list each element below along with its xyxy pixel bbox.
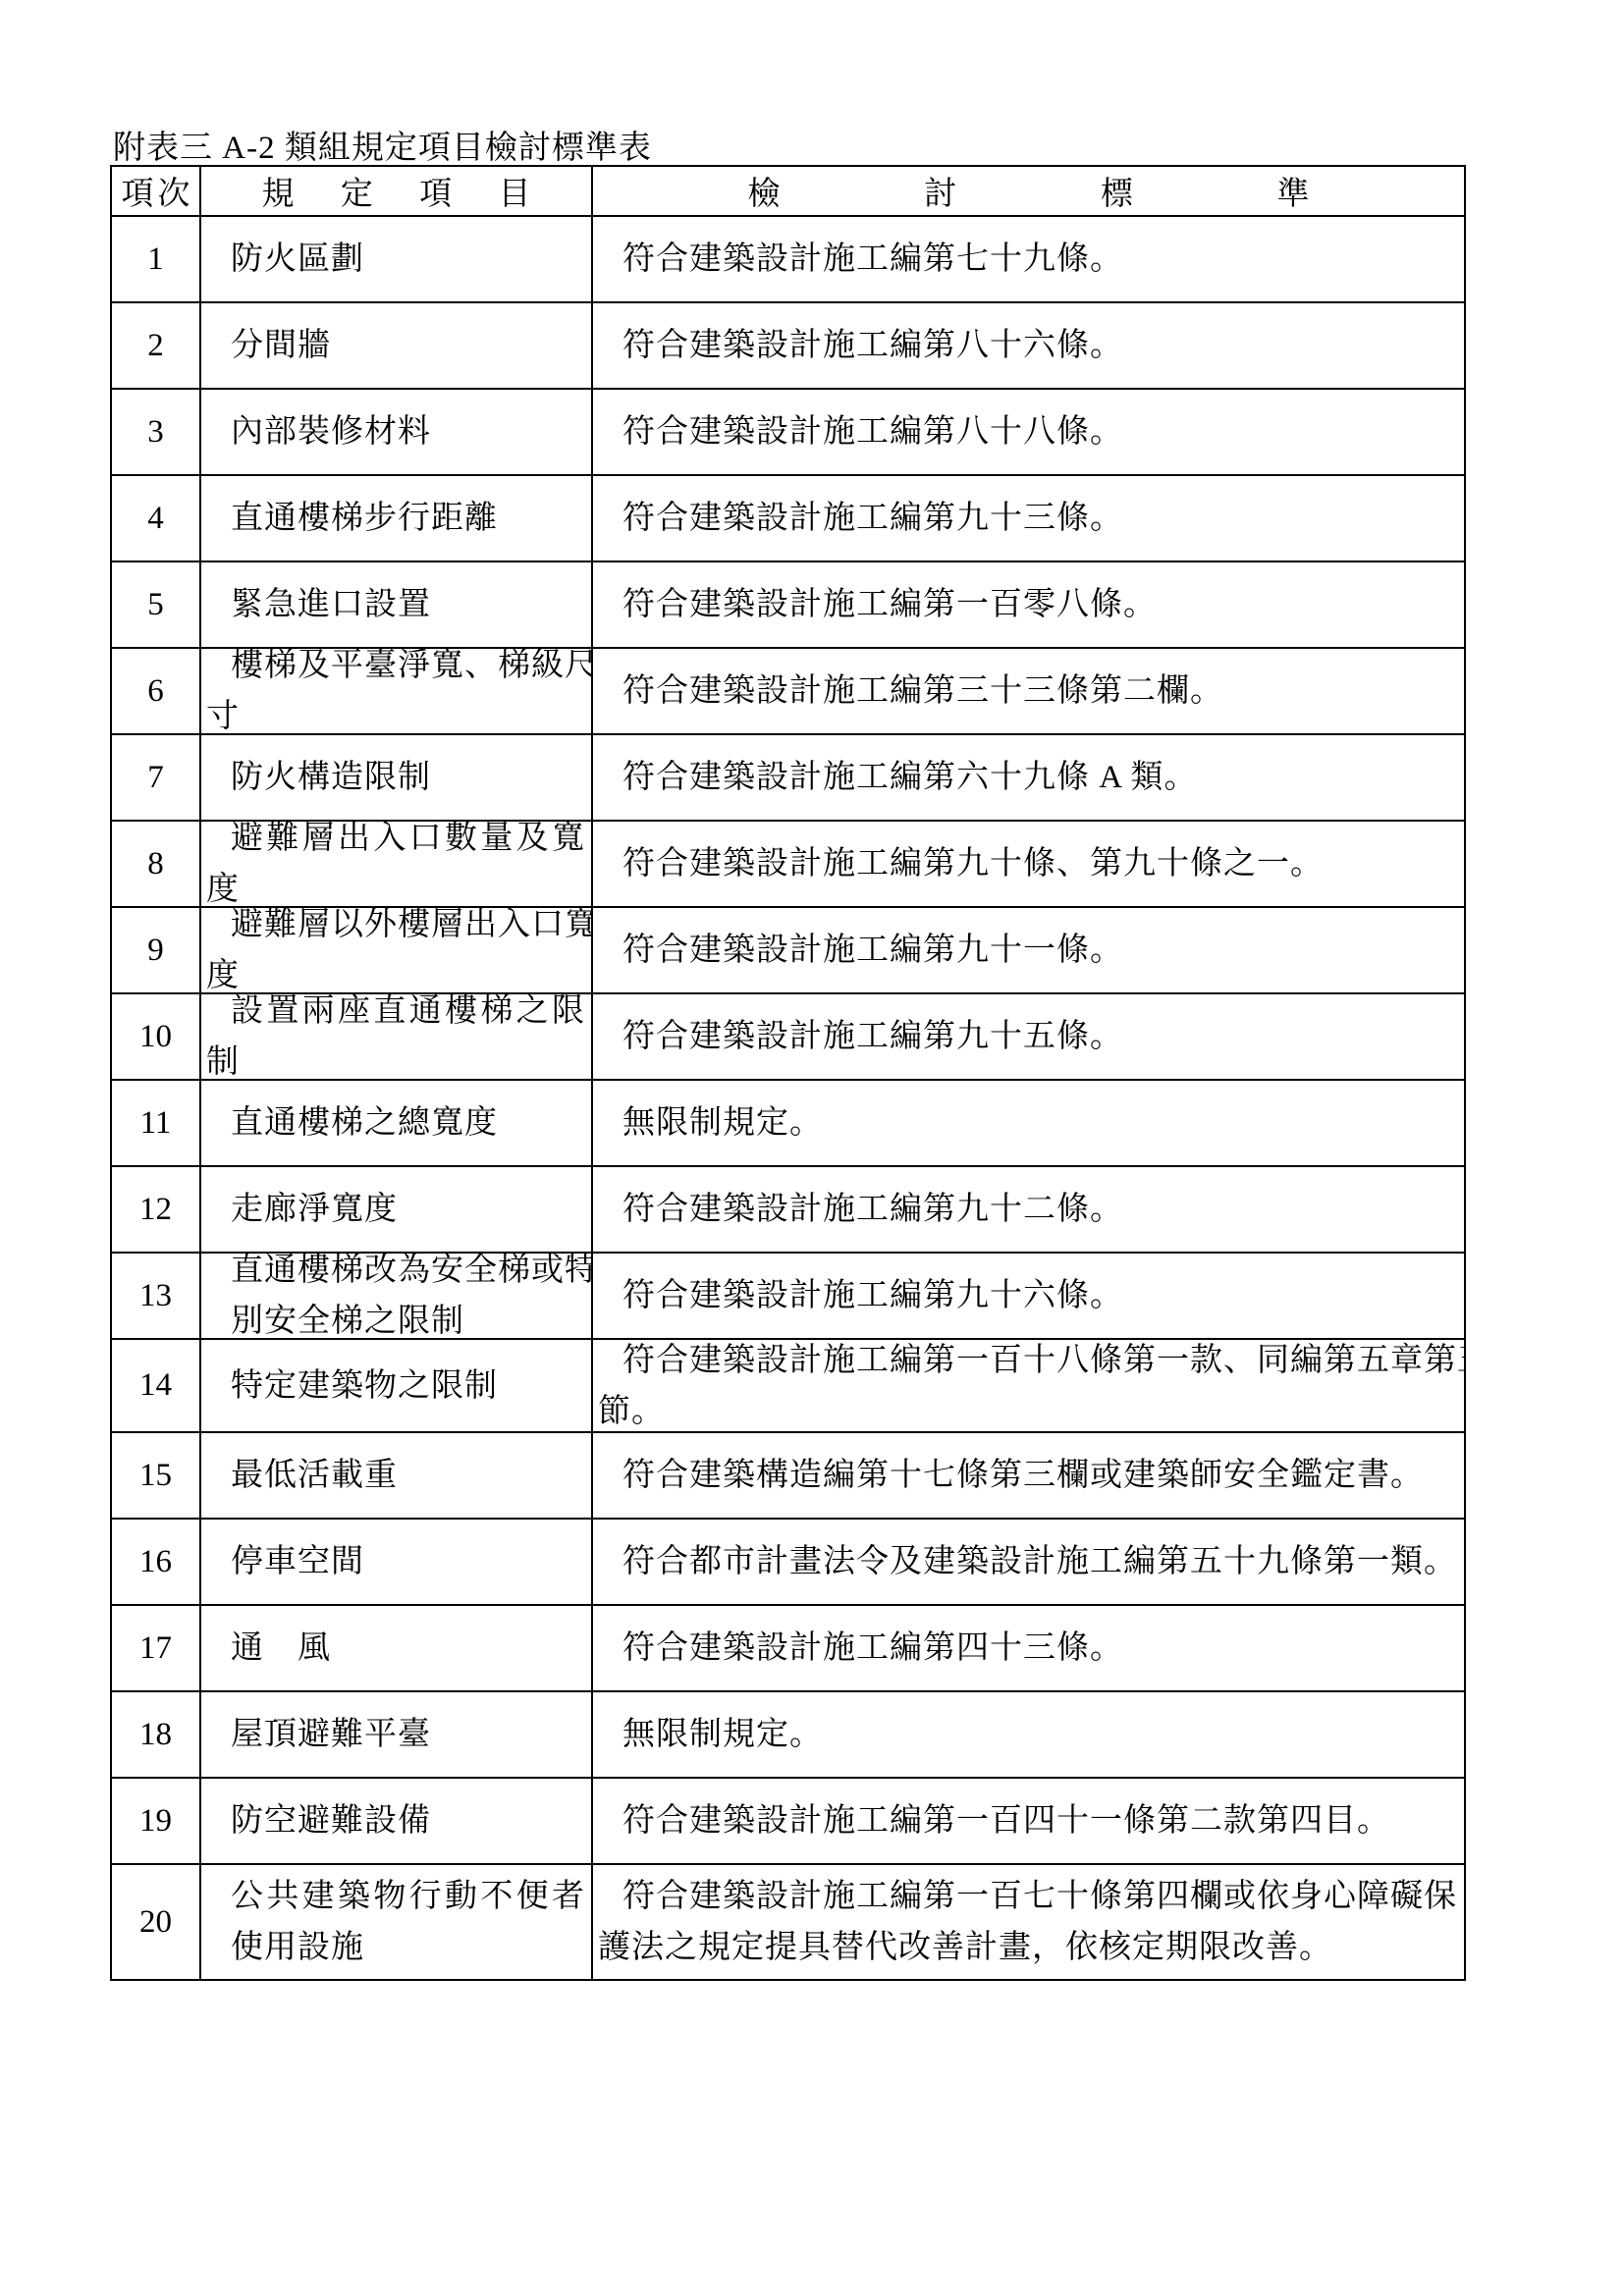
- header-char: 準: [1276, 168, 1309, 214]
- header-cell-no: 項次: [112, 167, 199, 215]
- row-number-cell: 18: [112, 1692, 199, 1777]
- text-line: 特定建築物之限制: [201, 1361, 591, 1412]
- table-row: 13直通樓梯改為安全梯或特別安全梯之限制符合建築設計施工編第九十六條。: [112, 1252, 1464, 1338]
- header-cell-item: 規定項目: [199, 167, 591, 215]
- standard-cell: 符合建築設計施工編第九十二條。: [591, 1167, 1464, 1252]
- row-number-cell: 8: [112, 822, 199, 906]
- text-line: 避難層以外樓層出入口寬: [201, 908, 591, 950]
- table-header-row: 項次 規定項目 檢討標準: [112, 167, 1464, 215]
- table-row: 3內部裝修材料符合建築設計施工編第八十八條。: [112, 388, 1464, 474]
- header-char: 標: [1101, 168, 1133, 214]
- standard-cell: 符合建築設計施工編第九十五條。: [591, 994, 1464, 1079]
- standard-cell: 無限制規定。: [591, 1081, 1464, 1165]
- item-cell: 避難層以外樓層出入口寬度: [199, 908, 591, 992]
- text-line: 避難層出入口數量及寬: [201, 822, 591, 864]
- text-line: 符合建築構造編第十七條第三欄或建築師安全鑑定書。: [593, 1450, 1464, 1501]
- table-row: 1防火區劃符合建築設計施工編第七十九條。: [112, 215, 1464, 301]
- item-cell: 最低活載重: [199, 1433, 591, 1518]
- standard-cell: 符合建築設計施工編第一百四十一條第二款第四目。: [591, 1779, 1464, 1863]
- row-number-cell: 4: [112, 476, 199, 561]
- text-line: 直通樓梯步行距離: [201, 493, 591, 544]
- text-line: 走廊淨寬度: [201, 1184, 591, 1235]
- standard-cell: 符合建築設計施工編第四十三條。: [591, 1606, 1464, 1690]
- header-cell-standard: 檢討標準: [591, 167, 1464, 215]
- text-line: 度: [201, 864, 591, 906]
- standard-cell: 符合建築設計施工編第三十三條第二欄。: [591, 649, 1464, 733]
- text-line: 護法之規定提具替代改善計畫，依核定期限改善。: [593, 1922, 1464, 1973]
- item-cell: 直通樓梯之總寬度: [199, 1081, 591, 1165]
- standard-cell: 符合建築設計施工編第八十八條。: [591, 390, 1464, 474]
- text-line: 符合建築設計施工編第四十三條。: [593, 1623, 1464, 1674]
- item-cell: 緊急進口設置: [199, 562, 591, 647]
- text-line: 符合建築設計施工編第六十九條 A 類。: [593, 752, 1464, 803]
- row-number-cell: 20: [112, 1865, 199, 1979]
- header-char: 目: [498, 168, 530, 214]
- text-line: 無限制規定。: [593, 1097, 1464, 1148]
- standard-cell: 符合建築設計施工編第一百零八條。: [591, 562, 1464, 647]
- standard-cell: 符合建築設計施工編第一百七十條第四欄或依身心障礙保護法之規定提具替代改善計畫，依…: [591, 1865, 1464, 1979]
- row-number-cell: 17: [112, 1606, 199, 1690]
- standard-cell: 無限制規定。: [591, 1692, 1464, 1777]
- item-cell: 防火區劃: [199, 217, 591, 301]
- text-line: 符合建築設計施工編第一百零八條。: [593, 579, 1464, 630]
- table-row: 8避難層出入口數量及寬度符合建築設計施工編第九十條、第九十條之一。: [112, 820, 1464, 906]
- text-line: 符合建築設計施工編第九十三條。: [593, 493, 1464, 544]
- table-body: 1防火區劃符合建築設計施工編第七十九條。2分間牆符合建築設計施工編第八十六條。3…: [112, 215, 1464, 1979]
- table-row: 17通 風符合建築設計施工編第四十三條。: [112, 1604, 1464, 1690]
- text-line: 符合建築設計施工編第九十五條。: [593, 1011, 1464, 1062]
- table-row: 11直通樓梯之總寬度無限制規定。: [112, 1079, 1464, 1165]
- row-number-cell: 16: [112, 1520, 199, 1604]
- text-line: 度: [201, 950, 591, 992]
- standard-cell: 符合建築設計施工編第九十一條。: [591, 908, 1464, 992]
- row-number-cell: 12: [112, 1167, 199, 1252]
- text-line: 屋頂避難平臺: [201, 1709, 591, 1760]
- row-number-cell: 1: [112, 217, 199, 301]
- item-cell: 內部裝修材料: [199, 390, 591, 474]
- item-cell: 設置兩座直通樓梯之限制: [199, 994, 591, 1079]
- table-row: 5緊急進口設置符合建築設計施工編第一百零八條。: [112, 561, 1464, 647]
- text-line: 防空避難設備: [201, 1795, 591, 1846]
- row-number-cell: 14: [112, 1340, 199, 1431]
- page-title: 附表三 A-2 類組規定項目檢討標準表: [113, 122, 652, 168]
- item-cell: 屋頂避難平臺: [199, 1692, 591, 1777]
- row-number-cell: 5: [112, 562, 199, 647]
- table-row: 12走廊淨寬度符合建築設計施工編第九十二條。: [112, 1165, 1464, 1252]
- text-line: 符合都市計畫法令及建築設計施工編第五十九條第一類。: [593, 1536, 1464, 1587]
- row-number-cell: 7: [112, 735, 199, 820]
- text-line: 防火構造限制: [201, 752, 591, 803]
- text-line: 緊急進口設置: [201, 579, 591, 630]
- text-line: 直通樓梯之總寬度: [201, 1097, 591, 1148]
- item-cell: 通 風: [199, 1606, 591, 1690]
- text-line: 符合建築設計施工編第九十六條。: [593, 1270, 1464, 1321]
- header-standard-spread: 檢討標準: [748, 168, 1310, 214]
- text-line: 停車空間: [201, 1536, 591, 1587]
- table-row: 6樓梯及平臺淨寬、梯級尺寸符合建築設計施工編第三十三條第二欄。: [112, 647, 1464, 733]
- text-line: 分間牆: [201, 320, 591, 371]
- row-number-cell: 19: [112, 1779, 199, 1863]
- header-char: 規: [262, 168, 295, 214]
- item-cell: 直通樓梯步行距離: [199, 476, 591, 561]
- table-row: 20公共建築物行動不便者使用設施符合建築設計施工編第一百七十條第四欄或依身心障礙…: [112, 1863, 1464, 1979]
- item-cell: 直通樓梯改為安全梯或特別安全梯之限制: [199, 1254, 591, 1338]
- text-line: 符合建築設計施工編第八十六條。: [593, 320, 1464, 371]
- item-cell: 樓梯及平臺淨寬、梯級尺寸: [199, 649, 591, 733]
- table-row: 14特定建築物之限制符合建築設計施工編第一百十八條第一款、同編第五章第五節。: [112, 1338, 1464, 1431]
- standard-cell: 符合建築設計施工編第九十六條。: [591, 1254, 1464, 1338]
- table-row: 18屋頂避難平臺無限制規定。: [112, 1690, 1464, 1777]
- standard-cell: 符合建築設計施工編第八十六條。: [591, 303, 1464, 388]
- item-cell: 特定建築物之限制: [199, 1340, 591, 1431]
- item-cell: 走廊淨寬度: [199, 1167, 591, 1252]
- standard-cell: 符合都市計畫法令及建築設計施工編第五十九條第一類。: [591, 1520, 1464, 1604]
- text-line: 直通樓梯改為安全梯或特: [201, 1254, 591, 1296]
- header-item-spread: 規定項目: [262, 168, 531, 214]
- text-line: 符合建築設計施工編第七十九條。: [593, 234, 1464, 285]
- text-line: 符合建築設計施工編第九十一條。: [593, 925, 1464, 976]
- item-cell: 公共建築物行動不便者使用設施: [199, 1865, 591, 1979]
- row-number-cell: 10: [112, 994, 199, 1079]
- table-row: 10設置兩座直通樓梯之限制符合建築設計施工編第九十五條。: [112, 992, 1464, 1079]
- text-line: 符合建築設計施工編第一百十八條第一款、同編第五章第五: [593, 1340, 1464, 1386]
- text-line: 公共建築物行動不便者: [201, 1871, 591, 1922]
- text-line: 符合建築設計施工編第一百四十一條第二款第四目。: [593, 1795, 1464, 1846]
- text-line: 通 風: [201, 1623, 591, 1674]
- standard-cell: 符合建築設計施工編第六十九條 A 類。: [591, 735, 1464, 820]
- text-line: 樓梯及平臺淨寬、梯級尺: [201, 649, 591, 691]
- table-row: 16停車空間符合都市計畫法令及建築設計施工編第五十九條第一類。: [112, 1518, 1464, 1604]
- header-char: 定: [341, 168, 373, 214]
- row-number-cell: 11: [112, 1081, 199, 1165]
- text-line: 節。: [593, 1386, 1464, 1432]
- item-cell: 防火構造限制: [199, 735, 591, 820]
- header-char: 檢: [748, 168, 781, 214]
- standard-cell: 符合建築設計施工編第九十三條。: [591, 476, 1464, 561]
- text-line: 最低活載重: [201, 1450, 591, 1501]
- row-number-cell: 2: [112, 303, 199, 388]
- text-line: 寸: [201, 691, 591, 733]
- item-cell: 避難層出入口數量及寬度: [199, 822, 591, 906]
- row-number-cell: 3: [112, 390, 199, 474]
- table-row: 9避難層以外樓層出入口寬度符合建築設計施工編第九十一條。: [112, 906, 1464, 992]
- header-char: 討: [924, 168, 956, 214]
- text-line: 設置兩座直通樓梯之限: [201, 994, 591, 1037]
- table-row: 19防空避難設備符合建築設計施工編第一百四十一條第二款第四目。: [112, 1777, 1464, 1863]
- review-table: 項次 規定項目 檢討標準 1防火區劃符合建築設計施工編第七十九條。2分間牆符合建…: [110, 165, 1466, 1981]
- standard-cell: 符合建築設計施工編第一百十八條第一款、同編第五章第五節。: [591, 1340, 1464, 1431]
- row-number-cell: 13: [112, 1254, 199, 1338]
- item-cell: 停車空間: [199, 1520, 591, 1604]
- standard-cell: 符合建築設計施工編第九十條、第九十條之一。: [591, 822, 1464, 906]
- standard-cell: 符合建築設計施工編第七十九條。: [591, 217, 1464, 301]
- text-line: 別安全梯之限制: [201, 1296, 591, 1338]
- text-line: 符合建築設計施工編第九十二條。: [593, 1184, 1464, 1235]
- item-cell: 分間牆: [199, 303, 591, 388]
- text-line: 制: [201, 1037, 591, 1079]
- table-row: 15最低活載重符合建築構造編第十七條第三欄或建築師安全鑑定書。: [112, 1431, 1464, 1518]
- row-number-cell: 15: [112, 1433, 199, 1518]
- text-line: 使用設施: [201, 1922, 591, 1973]
- text-line: 防火區劃: [201, 234, 591, 285]
- text-line: 符合建築設計施工編第一百七十條第四欄或依身心障礙保: [593, 1871, 1464, 1922]
- text-line: 符合建築設計施工編第八十八條。: [593, 406, 1464, 457]
- standard-cell: 符合建築構造編第十七條第三欄或建築師安全鑑定書。: [591, 1433, 1464, 1518]
- table-row: 2分間牆符合建築設計施工編第八十六條。: [112, 301, 1464, 388]
- text-line: 符合建築設計施工編第九十條、第九十條之一。: [593, 838, 1464, 889]
- text-line: 內部裝修材料: [201, 406, 591, 457]
- text-line: 無限制規定。: [593, 1709, 1464, 1760]
- table-row: 7防火構造限制符合建築設計施工編第六十九條 A 類。: [112, 733, 1464, 820]
- text-line: 符合建築設計施工編第三十三條第二欄。: [593, 666, 1464, 717]
- row-number-cell: 6: [112, 649, 199, 733]
- table-row: 4直通樓梯步行距離符合建築設計施工編第九十三條。: [112, 474, 1464, 561]
- row-number-cell: 9: [112, 908, 199, 992]
- header-char: 項: [419, 168, 452, 214]
- item-cell: 防空避難設備: [199, 1779, 591, 1863]
